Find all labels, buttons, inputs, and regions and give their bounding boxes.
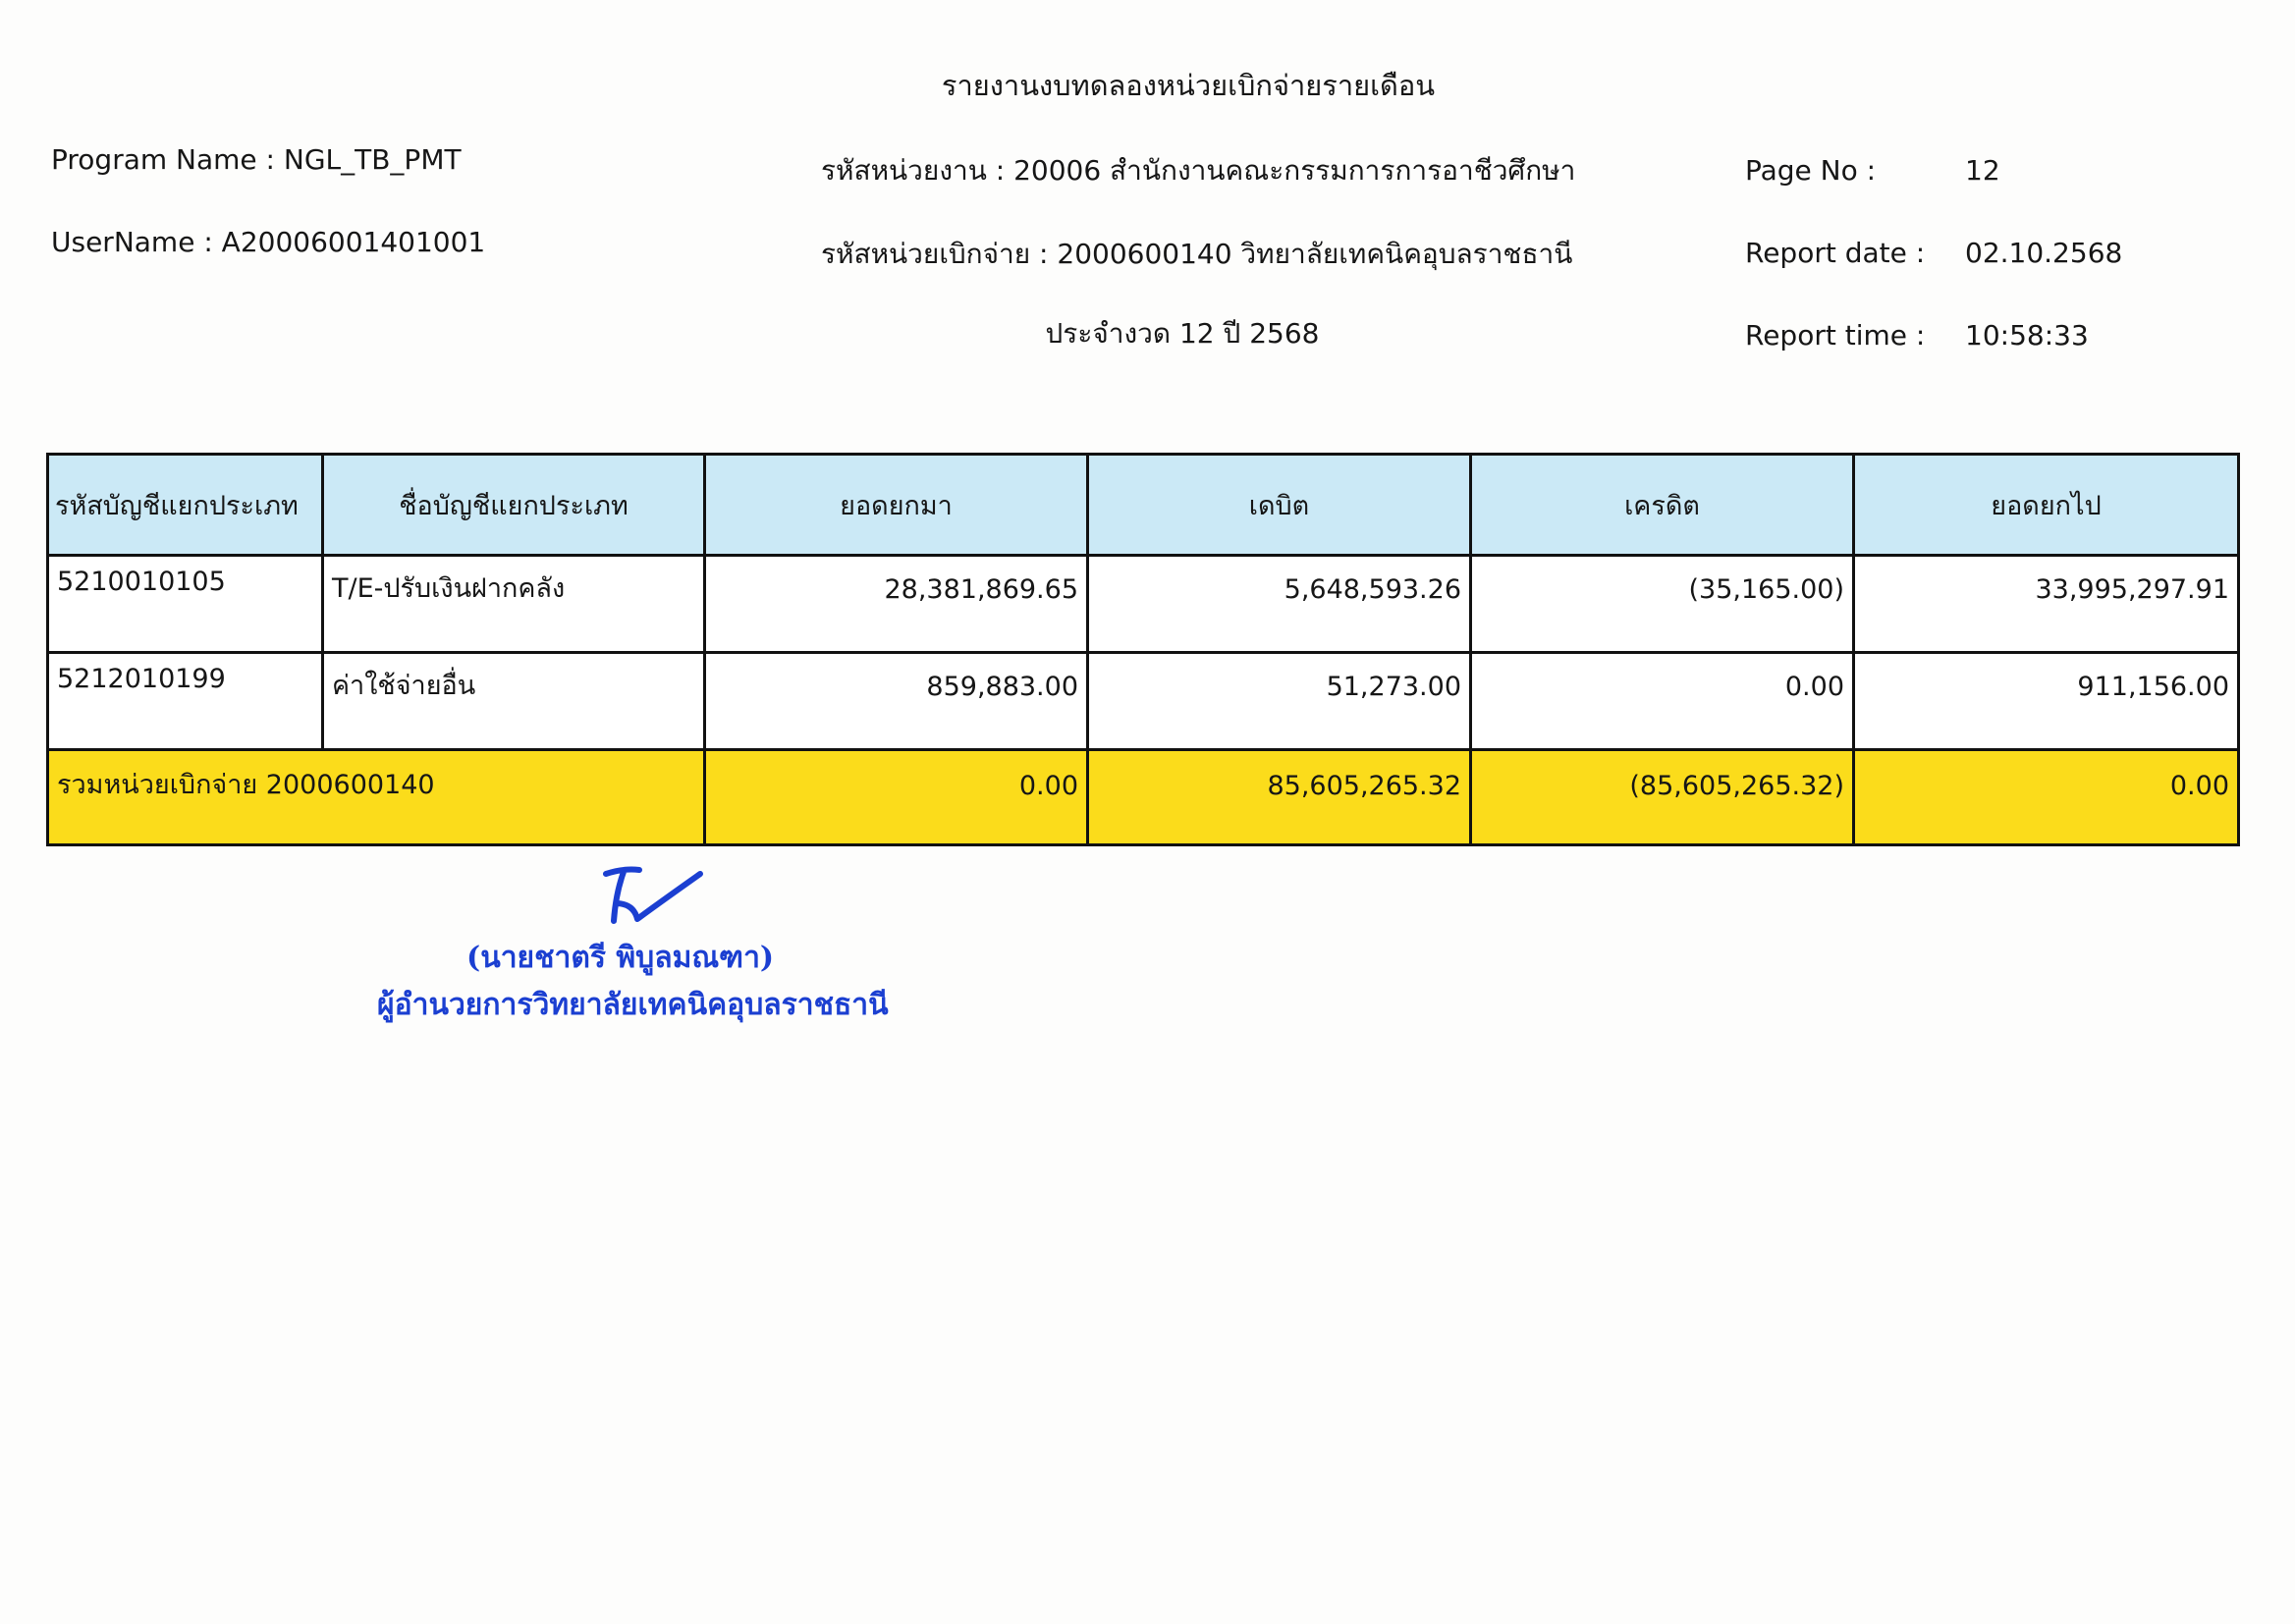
debit-cell: 51,273.00: [1088, 653, 1471, 750]
trial-balance-table: รหัสบัญชีแยกประเภท ชื่อบัญชีแยกประเภท ยอ…: [46, 453, 2240, 846]
agency-code: รหัสหน่วยงาน : 20006 สำนักงานคณะกรรมการก…: [821, 149, 1575, 192]
total-debit: 85,605,265.32: [1088, 750, 1471, 845]
column-header-credit: เครดิต: [1471, 455, 1854, 556]
page-no-label: Page No :: [1745, 154, 1876, 187]
column-header-carried-forward: ยอดยกไป: [1854, 455, 2239, 556]
table-row: 5212010199 ค่าใช้จ่ายอื่น 859,883.00 51,…: [48, 653, 2239, 750]
report-time-value: 10:58:33: [1965, 319, 2089, 352]
report-date-value: 02.10.2568: [1965, 237, 2122, 269]
table-header-row: รหัสบัญชีแยกประเภท ชื่อบัญชีแยกประเภท ยอ…: [48, 455, 2239, 556]
signatory-name-stamp: (นายชาตรี พิบูลมณฑา): [466, 935, 774, 981]
credit-cell: 0.00: [1471, 653, 1854, 750]
total-label: รวมหน่วยเบิกจ่าย 2000600140: [48, 750, 705, 845]
signatory-title-stamp: ผู้อำนวยการวิทยาลัยเทคนิคอุบลราชธานี: [377, 982, 889, 1028]
account-code-cell: 5212010199: [48, 653, 323, 750]
report-period: ประจำงวด 12 ปี 2568: [0, 312, 2295, 355]
column-header-account-code: รหัสบัญชีแยกประเภท: [48, 455, 323, 556]
handwritten-signature-icon: [594, 864, 722, 933]
page-no-value: 12: [1965, 154, 2000, 187]
column-header-account-name: ชื่อบัญชีแยกประเภท: [323, 455, 705, 556]
column-header-brought-forward: ยอดยกมา: [705, 455, 1088, 556]
brought-forward-cell: 28,381,869.65: [705, 556, 1088, 653]
total-credit: (85,605,265.32): [1471, 750, 1854, 845]
report-date-label: Report date :: [1745, 237, 1925, 269]
program-name: Program Name : NGL_TB_PMT: [51, 143, 462, 176]
account-name-cell: T/E-ปรับเงินฝากคลัง: [323, 556, 705, 653]
debit-cell: 5,648,593.26: [1088, 556, 1471, 653]
user-name: UserName : A20006001401001: [51, 226, 485, 258]
credit-cell: (35,165.00): [1471, 556, 1854, 653]
brought-forward-cell: 859,883.00: [705, 653, 1088, 750]
total-brought-forward: 0.00: [705, 750, 1088, 845]
carried-forward-cell: 911,156.00: [1854, 653, 2239, 750]
total-row: รวมหน่วยเบิกจ่าย 2000600140 0.00 85,605,…: [48, 750, 2239, 845]
account-name-cell: ค่าใช้จ่ายอื่น: [323, 653, 705, 750]
table-row: 5210010105 T/E-ปรับเงินฝากคลัง 28,381,86…: [48, 556, 2239, 653]
report-time-label: Report time :: [1745, 319, 1925, 352]
carried-forward-cell: 33,995,297.91: [1854, 556, 2239, 653]
report-title: รายงานงบทดลองหน่วยเบิกจ่ายรายเดือน: [0, 63, 2295, 108]
total-carried-forward: 0.00: [1854, 750, 2239, 845]
signature-block: (นายชาตรี พิบูลมณฑา) ผู้อำนวยการวิทยาลัย…: [363, 854, 894, 1041]
column-header-debit: เดบิต: [1088, 455, 1471, 556]
account-code-cell: 5210010105: [48, 556, 323, 653]
disbursing-unit-code: รหัสหน่วยเบิกจ่าย : 2000600140 วิทยาลัยเ…: [821, 233, 1572, 276]
